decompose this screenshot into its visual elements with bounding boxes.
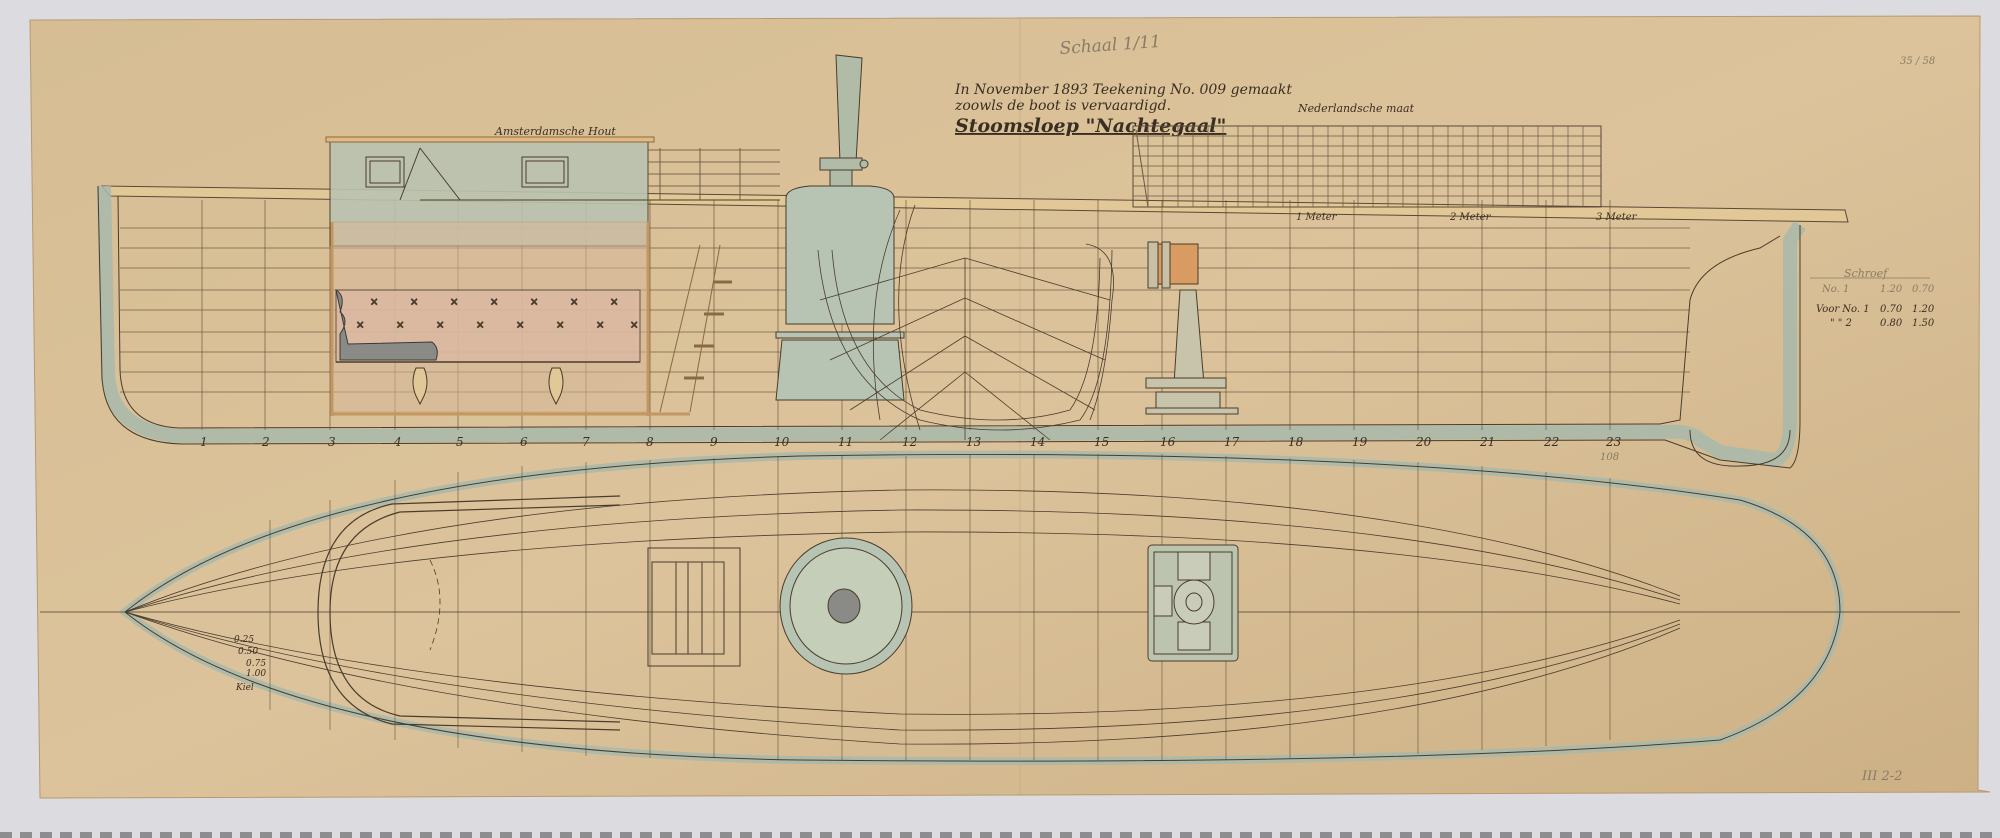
svg-text:Kiel: Kiel [235, 683, 254, 693]
archive-mark: III 2-2 [1861, 769, 1902, 784]
svg-text:22: 22 [1543, 435, 1559, 449]
inscription-line-1: In November 1893 Teekening No. 009 gemaa… [954, 82, 1292, 98]
svg-text:11: 11 [838, 435, 853, 449]
svg-text:×: × [450, 297, 458, 308]
svg-text:×: × [370, 297, 378, 308]
svg-text:20: 20 [1415, 435, 1432, 449]
schedule-row-label: " " 2 [1830, 318, 1852, 329]
svg-text:1.00: 1.00 [246, 669, 266, 679]
svg-text:×: × [516, 320, 524, 331]
svg-text:4: 4 [393, 435, 402, 449]
schedule-row-value: 1.50 [1912, 318, 1935, 329]
svg-text:18: 18 [1288, 435, 1304, 449]
scale-bar-label: Nederlandsche maat [1297, 102, 1415, 115]
svg-text:×: × [630, 320, 638, 331]
svg-text:×: × [476, 320, 484, 331]
margin-note: 35 / 58 [1900, 56, 1935, 67]
schedule-row-label: Voor No. 1 [1816, 304, 1870, 315]
pencil-note: 108 [1600, 452, 1619, 463]
scale-tick-3m: 3 Meter [1596, 212, 1638, 223]
svg-text:9: 9 [710, 435, 718, 449]
svg-text:×: × [610, 297, 618, 308]
schedule-row-value: 1.20 [1880, 284, 1903, 295]
scale-tick-1m: 1 Meter [1296, 212, 1338, 223]
svg-text:19: 19 [1352, 435, 1368, 449]
svg-text:21: 21 [1479, 435, 1495, 449]
svg-text:0.50: 0.50 [238, 647, 258, 657]
svg-text:0.75: 0.75 [246, 659, 266, 669]
schedule-row-value: 1.20 [1912, 304, 1935, 315]
svg-text:12: 12 [902, 435, 917, 449]
svg-text:15: 15 [1094, 435, 1109, 449]
cabin-label: Amsterdamsche Hout [494, 125, 616, 138]
svg-text:×: × [356, 320, 364, 331]
svg-text:×: × [556, 320, 564, 331]
svg-text:7: 7 [582, 435, 590, 449]
schedule-row-label: No. 1 [1821, 284, 1849, 295]
svg-text:×: × [596, 320, 604, 331]
svg-text:×: × [410, 297, 418, 308]
svg-text:16: 16 [1160, 435, 1176, 449]
svg-text:23: 23 [1605, 435, 1622, 449]
engine-plan [1148, 545, 1238, 661]
schedule-row-value: 0.80 [1880, 318, 1903, 329]
svg-text:13: 13 [966, 435, 982, 449]
svg-text:8: 8 [646, 435, 654, 449]
svg-text:2: 2 [261, 435, 270, 449]
scale-tick-2m: 2 Meter [1449, 212, 1492, 223]
cabin-interior: ×××× ××× ×××× ×××× [332, 222, 690, 416]
svg-text:×: × [436, 320, 444, 331]
svg-text:×: × [396, 320, 404, 331]
svg-text:×: × [490, 297, 498, 308]
ship-drawing: ×××× ××× ×××× ×××× [0, 0, 2000, 838]
svg-text:3: 3 [328, 435, 336, 449]
svg-text:1: 1 [200, 435, 208, 449]
inscription-line-2: zoowls de boot is vervaardigd. [954, 98, 1171, 114]
svg-text:17: 17 [1224, 435, 1240, 449]
schedule-row-value: 0.70 [1880, 304, 1903, 315]
bottom-dash-border [0, 832, 2000, 838]
svg-text:5: 5 [456, 435, 464, 449]
svg-text:6: 6 [520, 435, 528, 449]
schedule-row-value: 0.70 [1912, 284, 1935, 295]
svg-text:14: 14 [1030, 435, 1045, 449]
boiler-plan [780, 538, 912, 674]
svg-text:×: × [570, 297, 578, 308]
svg-text:0.25: 0.25 [234, 635, 254, 645]
svg-text:×: × [530, 297, 538, 308]
svg-text:10: 10 [774, 435, 790, 449]
